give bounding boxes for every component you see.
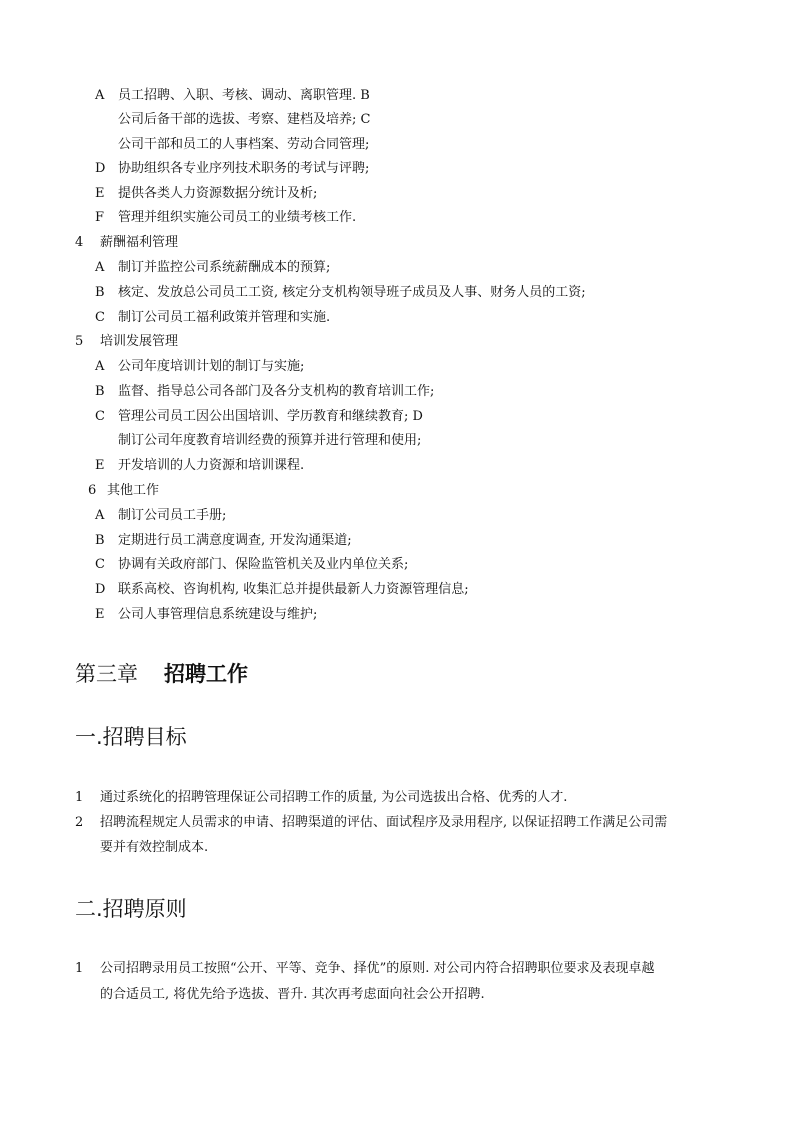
list-item-label: C (95, 557, 105, 573)
list-item-text: 员工招聘、入职、考核、调动、离职管理. B (118, 88, 370, 104)
chapter-number: 第三章 (75, 662, 138, 686)
list-item-text: 通过系统化的招聘管理保证公司招聘工作的质量, 为公司选拔出合格、优秀的人才. (100, 790, 567, 806)
list-item-text: 定期进行员工满意度调查, 开发沟通渠道; (118, 533, 352, 549)
list-item-text: 的合适员工, 将优先给予选拔、晋升. 其次再考虑面向社会公开招聘. (100, 987, 485, 1003)
list-item-label: A (95, 359, 104, 375)
list-item-text: 招聘流程规定人员需求的申请、招聘渠道的评估、面试程序及录用程序, 以保证招聘工作… (100, 815, 667, 831)
list-item-label: C (95, 409, 105, 425)
list-item-label: 2 (75, 815, 83, 831)
list-item-text: 联系高校、咨询机构, 收集汇总并提供最新人力资源管理信息; (118, 582, 469, 598)
list-item-text: 培训发展管理 (100, 334, 178, 350)
list-item-label: D (95, 582, 105, 598)
list-item-text: 要并有效控制成本. (100, 840, 208, 856)
list-item-text: 管理并组织实施公司员工的业绩考核工作. (118, 210, 356, 226)
list-item-text: 协调有关政府部门、保险监管机关及业内单位关系; (118, 557, 408, 573)
list-item-label: E (95, 607, 105, 623)
chapter-heading: 第三章招聘工作 (75, 660, 248, 688)
list-item-text: 提供各类人力资源数据分统计及析; (118, 186, 317, 202)
list-item-text: 核定、发放总公司员工工资, 核定分支机构领导班子成员及人事、财务人员的工资; (118, 285, 586, 301)
section-heading-goals: 一.招聘目标 (75, 723, 187, 751)
list-item-text: 制订公司年度教育培训经费的预算并进行管理和使用; (118, 433, 421, 449)
list-item-text: 制订公司员工福利政策并管理和实施. (118, 310, 330, 326)
list-item-label: 6 (88, 483, 96, 499)
list-item-text: 其他工作 (107, 483, 159, 499)
list-item-text: 薪酬福利管理 (100, 235, 178, 251)
list-item-text: 管理公司员工因公出国培训、学历教育和继续教育; D (118, 409, 423, 425)
list-item-text: 公司后备干部的选拔、考察、建档及培养; C (118, 112, 370, 128)
list-item-label: 1 (75, 790, 83, 806)
list-item-label: E (95, 186, 105, 202)
list-item-text: 监督、指导总公司各部门及各分支机构的教育培训工作; (118, 384, 434, 400)
list-item-label: C (95, 310, 105, 326)
list-item-label: E (95, 458, 105, 474)
list-item-label: A (95, 260, 104, 276)
list-item-text: 开发培训的人力资源和培训课程. (118, 458, 304, 474)
list-item-label: 5 (75, 334, 83, 350)
list-item-text: 公司干部和员工的人事档案、劳动合同管理; (118, 137, 369, 153)
list-item-label: A (95, 508, 104, 524)
list-item-label: B (95, 285, 105, 301)
section-heading-principles: 二.招聘原则 (75, 895, 187, 923)
list-item-label: B (95, 533, 105, 549)
list-item-label: B (95, 384, 105, 400)
chapter-title: 招聘工作 (164, 662, 248, 686)
list-item-label: F (95, 210, 104, 226)
list-item-text: 公司招聘录用员工按照“公开、平等、竞争、择优”的原则. 对公司内符合招聘职位要求… (100, 961, 655, 977)
list-item-label: 1 (75, 961, 83, 977)
list-item-label: D (95, 161, 105, 177)
list-item-text: 制订并监控公司系统薪酬成本的预算; (118, 260, 330, 276)
list-item-text: 制订公司员工手册; (118, 508, 226, 524)
list-item-label: 4 (75, 235, 83, 251)
list-item-text: 协助组织各专业序列技术职务的考试与评聘; (118, 161, 369, 177)
list-item-text: 公司人事管理信息系统建设与维护; (118, 607, 317, 623)
list-item-label: A (95, 88, 104, 104)
list-item-text: 公司年度培训计划的制订与实施; (118, 359, 304, 375)
